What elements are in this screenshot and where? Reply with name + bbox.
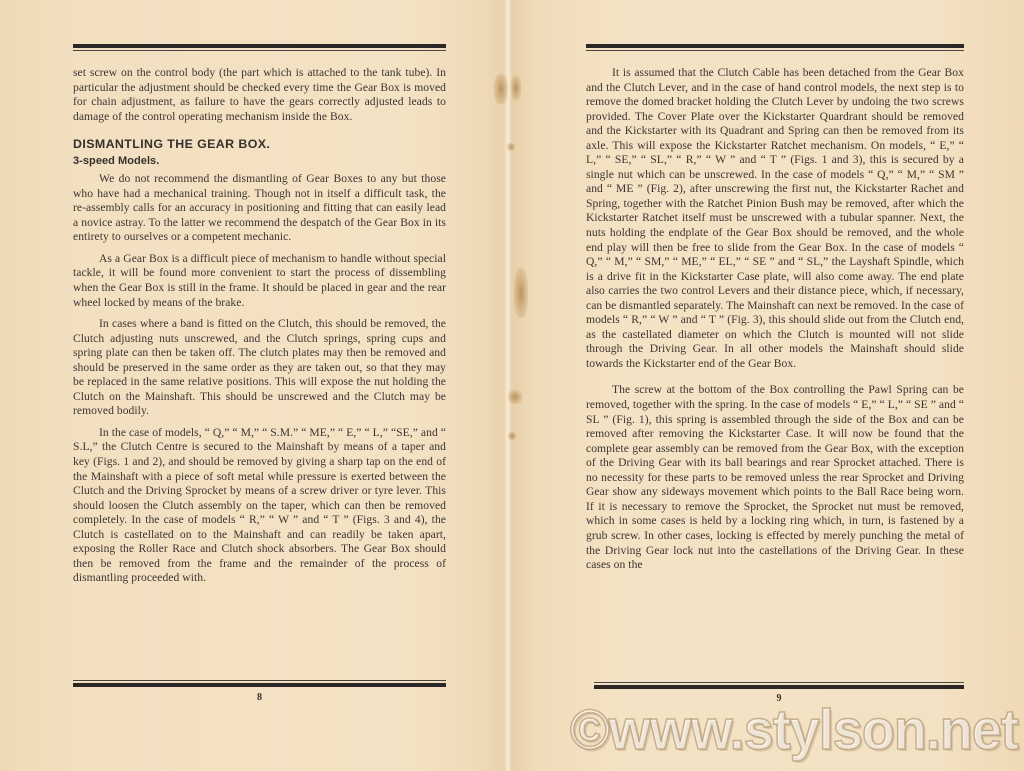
gutter-stain (514, 268, 528, 318)
paragraph: In cases where a band is fitted on the C… (73, 317, 446, 419)
bottom-rule (594, 682, 964, 689)
paragraph: We do not recommend the dismantling of G… (73, 172, 446, 245)
bottom-rule (73, 680, 446, 687)
paragraph: The screw at the bottom of the Box contr… (586, 383, 964, 572)
gutter-stain (511, 76, 521, 100)
sub-heading: 3-speed Models. (73, 154, 446, 168)
section-heading: DISMANTLING THE GEAR BOX. (73, 136, 446, 152)
top-rule (73, 44, 446, 51)
watermark: ©www.stylson.net (570, 699, 1018, 762)
top-rule (586, 44, 964, 51)
paragraph: In the case of models, “ Q,” “ M,” “ S.M… (73, 426, 446, 586)
paragraph: As a Gear Box is a difficult piece of me… (73, 252, 446, 310)
gutter-stain (507, 143, 515, 151)
page-number: 8 (73, 692, 446, 703)
paragraph: It is assumed that the Clutch Cable has … (586, 66, 964, 371)
left-page: set screw on the control body (the part … (73, 0, 446, 771)
left-page-body: set screw on the control body (the part … (73, 66, 446, 586)
book-spread: set screw on the control body (the part … (0, 0, 1024, 771)
right-page-body: It is assumed that the Clutch Cable has … (586, 66, 964, 573)
paragraph: set screw on the control body (the part … (73, 66, 446, 124)
gutter-stain (494, 74, 508, 104)
gutter-stain (508, 432, 516, 440)
right-page: It is assumed that the Clutch Cable has … (586, 0, 964, 771)
gutter-stain (508, 390, 522, 404)
